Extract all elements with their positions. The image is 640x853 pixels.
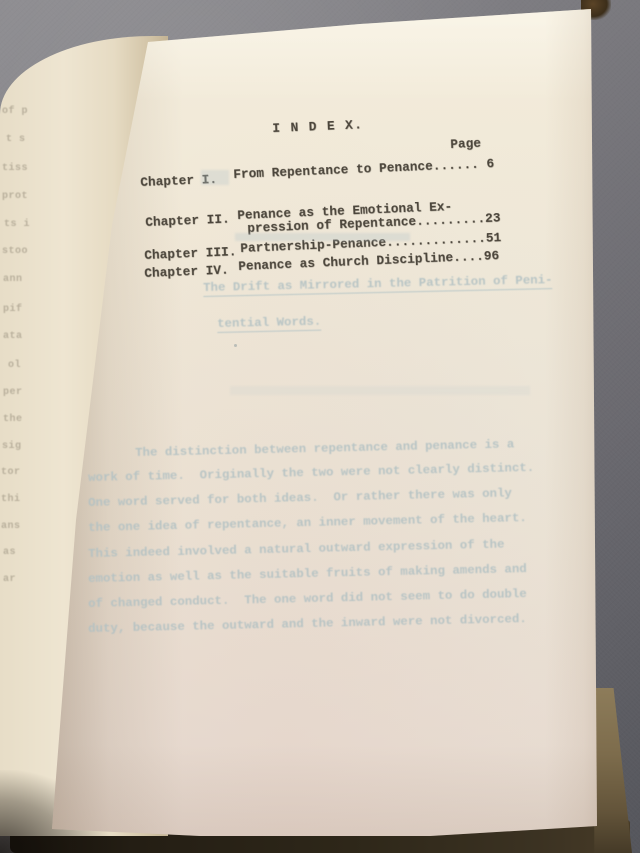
page-edge-text-fragment: of p [2, 106, 28, 117]
page-bottom-shade [40, 745, 600, 840]
bleedthrough-smudge [201, 170, 229, 185]
page-edge-text-fragment: tiss [2, 163, 28, 174]
chapter-4-label: Chapter IV. [144, 262, 229, 281]
page-edge-text-fragment: ol [8, 360, 21, 371]
chapter-1-title: From Repentance to Penance...... 6 [233, 156, 495, 182]
page-edge-text-fragment: per [3, 387, 23, 398]
bleedthrough-heading-line-2: tential Words. [217, 315, 321, 333]
page-edge-text-fragment: t s [6, 134, 26, 145]
page-edge-text-fragment: the [3, 414, 23, 425]
page-edge-text-fragment: ann [3, 274, 23, 285]
chapter-2-label: Chapter II. [145, 211, 230, 230]
bleedthrough-paragraph-line: The distinction between repentance and p… [135, 437, 514, 460]
page-edge-text-fragment: thi [1, 494, 21, 505]
page-edge-text-fragment: prot [2, 191, 28, 202]
page-edge-text-fragment: stoo [2, 246, 28, 257]
bleedthrough-heading-line-1: The Drift as Mirrored in the Patrition o… [203, 273, 553, 297]
page-column-label: Page [450, 136, 481, 152]
page-edge-text-fragment: tor [1, 467, 21, 478]
page-edge-text-fragment: ata [3, 331, 23, 342]
page-edge-text-fragment: ts i [4, 219, 30, 230]
page-edge-text-fragment: ar [3, 574, 16, 585]
page-edge-text-fragment: as [3, 547, 16, 558]
bleedthrough-underline-smudge [235, 233, 410, 241]
photo-of-book-page: of pt stissprotts istooannpifataolperthe… [0, 0, 640, 853]
ink-speck [234, 344, 237, 347]
page-edge-text-fragment: pif [3, 304, 23, 315]
page-edge-text-fragment: ans [1, 521, 21, 532]
bleedthrough-faint-band [230, 386, 530, 395]
chapter-3-label: Chapter III. [144, 244, 237, 263]
page-edge-text-fragment: sig [2, 441, 22, 452]
index-heading: I N D E X. [272, 117, 364, 136]
